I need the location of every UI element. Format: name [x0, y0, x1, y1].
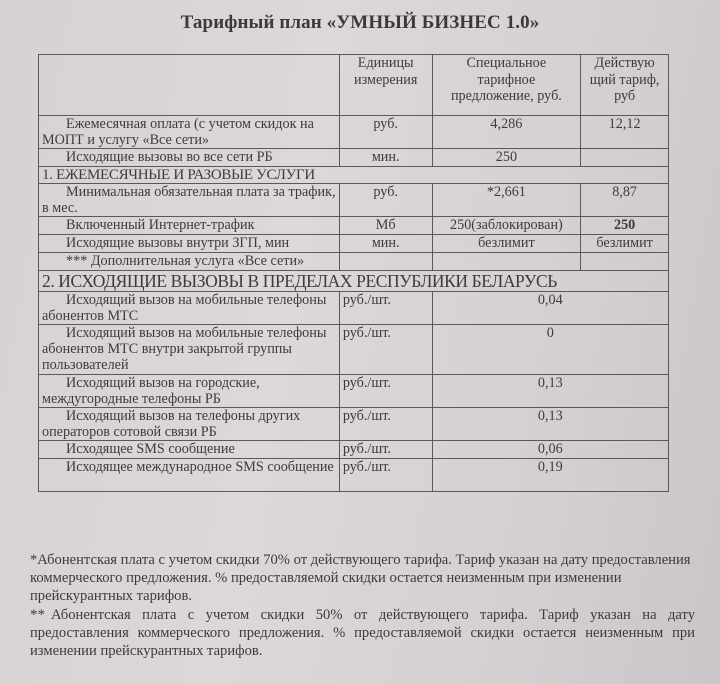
row-unit: мин.	[339, 149, 432, 167]
section-2-title: 2. ИСХОДЯЩИЕ ВЫЗОВЫ В ПРЕДЕЛАХ РЕСПУБЛИК…	[39, 271, 669, 292]
table-row: Исходящее SMS сообщение руб./шт. 0,06	[39, 441, 669, 459]
header-special-line: предложение, руб.	[451, 88, 562, 104]
footnote-2: **Абонентская плата с учетом скидки 50% …	[30, 606, 695, 661]
row-value: 0	[432, 325, 668, 375]
row-unit: руб./шт.	[339, 441, 432, 459]
table-header-row: Единицы измерения Специальное тарифное п…	[39, 55, 669, 116]
section-header-row: 2. ИСХОДЯЩИЕ ВЫЗОВЫ В ПРЕДЕЛАХ РЕСПУБЛИК…	[39, 271, 669, 292]
row-special-offer: *2,661	[432, 184, 581, 217]
row-current-tariff: 8,87	[581, 184, 669, 217]
header-unit-line: Единицы	[358, 55, 414, 71]
header-current-line: руб	[614, 88, 635, 104]
row-name: *** Дополнительная услуга «Все сети»	[39, 253, 340, 271]
row-name: Минимальная обязательная плата за трафик…	[39, 184, 340, 217]
section-1-title: 1. ЕЖЕМЕСЯЧНЫЕ И РАЗОВЫЕ УСЛУГИ	[39, 167, 669, 184]
header-current-line: Действую	[595, 55, 655, 71]
row-special-offer: безлимит	[432, 235, 581, 253]
row-name: Исходящее международное SMS сообщение	[39, 459, 340, 492]
header-current-tariff: Действую щий тариф, руб	[581, 55, 669, 116]
tariff-table: Единицы измерения Специальное тарифное п…	[38, 54, 669, 492]
header-current-line: щий тариф,	[590, 72, 660, 88]
row-name: Исходящий вызов на телефоны других опера…	[39, 408, 340, 441]
row-name: Включенный Интернет-трафик	[39, 217, 340, 235]
document-title: Тарифный план «УМНЫЙ БИЗНЕС 1.0»	[0, 12, 720, 34]
table-row: Исходящее международное SMS сообщение ру…	[39, 459, 669, 492]
table-row: Исходящий вызов на мобильные телефоны аб…	[39, 325, 669, 375]
row-current-tariff	[581, 253, 669, 271]
row-name: Исходящие вызовы внутри ЗГП, мин	[39, 235, 340, 253]
table-row: Исходящий вызов на телефоны других опера…	[39, 408, 669, 441]
row-name: Исходящий вызов на городские, междугород…	[39, 375, 340, 408]
row-unit: руб./шт.	[339, 408, 432, 441]
footnote-2-text: Абонентская плата с учетом скидки 50% от…	[30, 607, 695, 659]
row-value: 0,13	[432, 408, 668, 441]
row-unit: Мб	[339, 217, 432, 235]
row-unit: руб.	[339, 116, 432, 149]
row-name: Исходящий вызов на мобильные телефоны аб…	[39, 325, 340, 375]
row-unit: руб./шт.	[339, 292, 432, 325]
row-value: 0,13	[432, 375, 668, 408]
row-current-tariff	[581, 149, 669, 167]
row-unit: руб./шт.	[339, 325, 432, 375]
row-special-offer: 250	[432, 149, 581, 167]
table-row: Исходящие вызовы во все сети РБ мин. 250	[39, 149, 669, 167]
table-row: Ежемесячная оплата (с учетом скидок на М…	[39, 116, 669, 149]
row-value: 0,19	[432, 459, 668, 492]
header-unit-line: измерения	[354, 72, 417, 88]
row-special-offer: 4,286	[432, 116, 581, 149]
row-special-offer	[432, 253, 581, 271]
table-row: *** Дополнительная услуга «Все сети»	[39, 253, 669, 271]
table-row: Исходящие вызовы внутри ЗГП, мин мин. бе…	[39, 235, 669, 253]
row-unit: руб./шт.	[339, 459, 432, 492]
row-value: 0,06	[432, 441, 668, 459]
header-unit: Единицы измерения	[339, 55, 432, 116]
row-unit: мин.	[339, 235, 432, 253]
footnote-1: *Абонентская плата с учетом скидки 70% о…	[30, 551, 695, 606]
row-unit: руб./шт.	[339, 375, 432, 408]
table-row: Включенный Интернет-трафик Мб 250(заблок…	[39, 217, 669, 235]
row-current-tariff: безлимит	[581, 235, 669, 253]
row-name: Ежемесячная оплата (с учетом скидок на М…	[39, 116, 340, 149]
header-name	[39, 55, 340, 116]
row-unit: руб.	[339, 184, 432, 217]
row-name: Исходящий вызов на мобильные телефоны аб…	[39, 292, 340, 325]
table-row: Исходящий вызов на городские, междугород…	[39, 375, 669, 408]
row-unit	[339, 253, 432, 271]
row-current-tariff: 12,12	[581, 116, 669, 149]
row-value: 0,04	[432, 292, 668, 325]
table-row: Исходящий вызов на мобильные телефоны аб…	[39, 292, 669, 325]
header-special-line: Специальное	[467, 55, 547, 71]
footnote-2-marker: **	[30, 607, 45, 623]
row-current-tariff: 250	[581, 217, 669, 235]
section-header-row: 1. ЕЖЕМЕСЯЧНЫЕ И РАЗОВЫЕ УСЛУГИ	[39, 167, 669, 184]
footnotes: *Абонентская плата с учетом скидки 70% о…	[30, 551, 695, 660]
header-special-offer: Специальное тарифное предложение, руб.	[432, 55, 581, 116]
row-name: Исходящие вызовы во все сети РБ	[39, 149, 340, 167]
row-special-offer: 250(заблокирован)	[432, 217, 581, 235]
header-special-line: тарифное	[478, 72, 536, 88]
row-name: Исходящее SMS сообщение	[39, 441, 340, 459]
table-row: Минимальная обязательная плата за трафик…	[39, 184, 669, 217]
